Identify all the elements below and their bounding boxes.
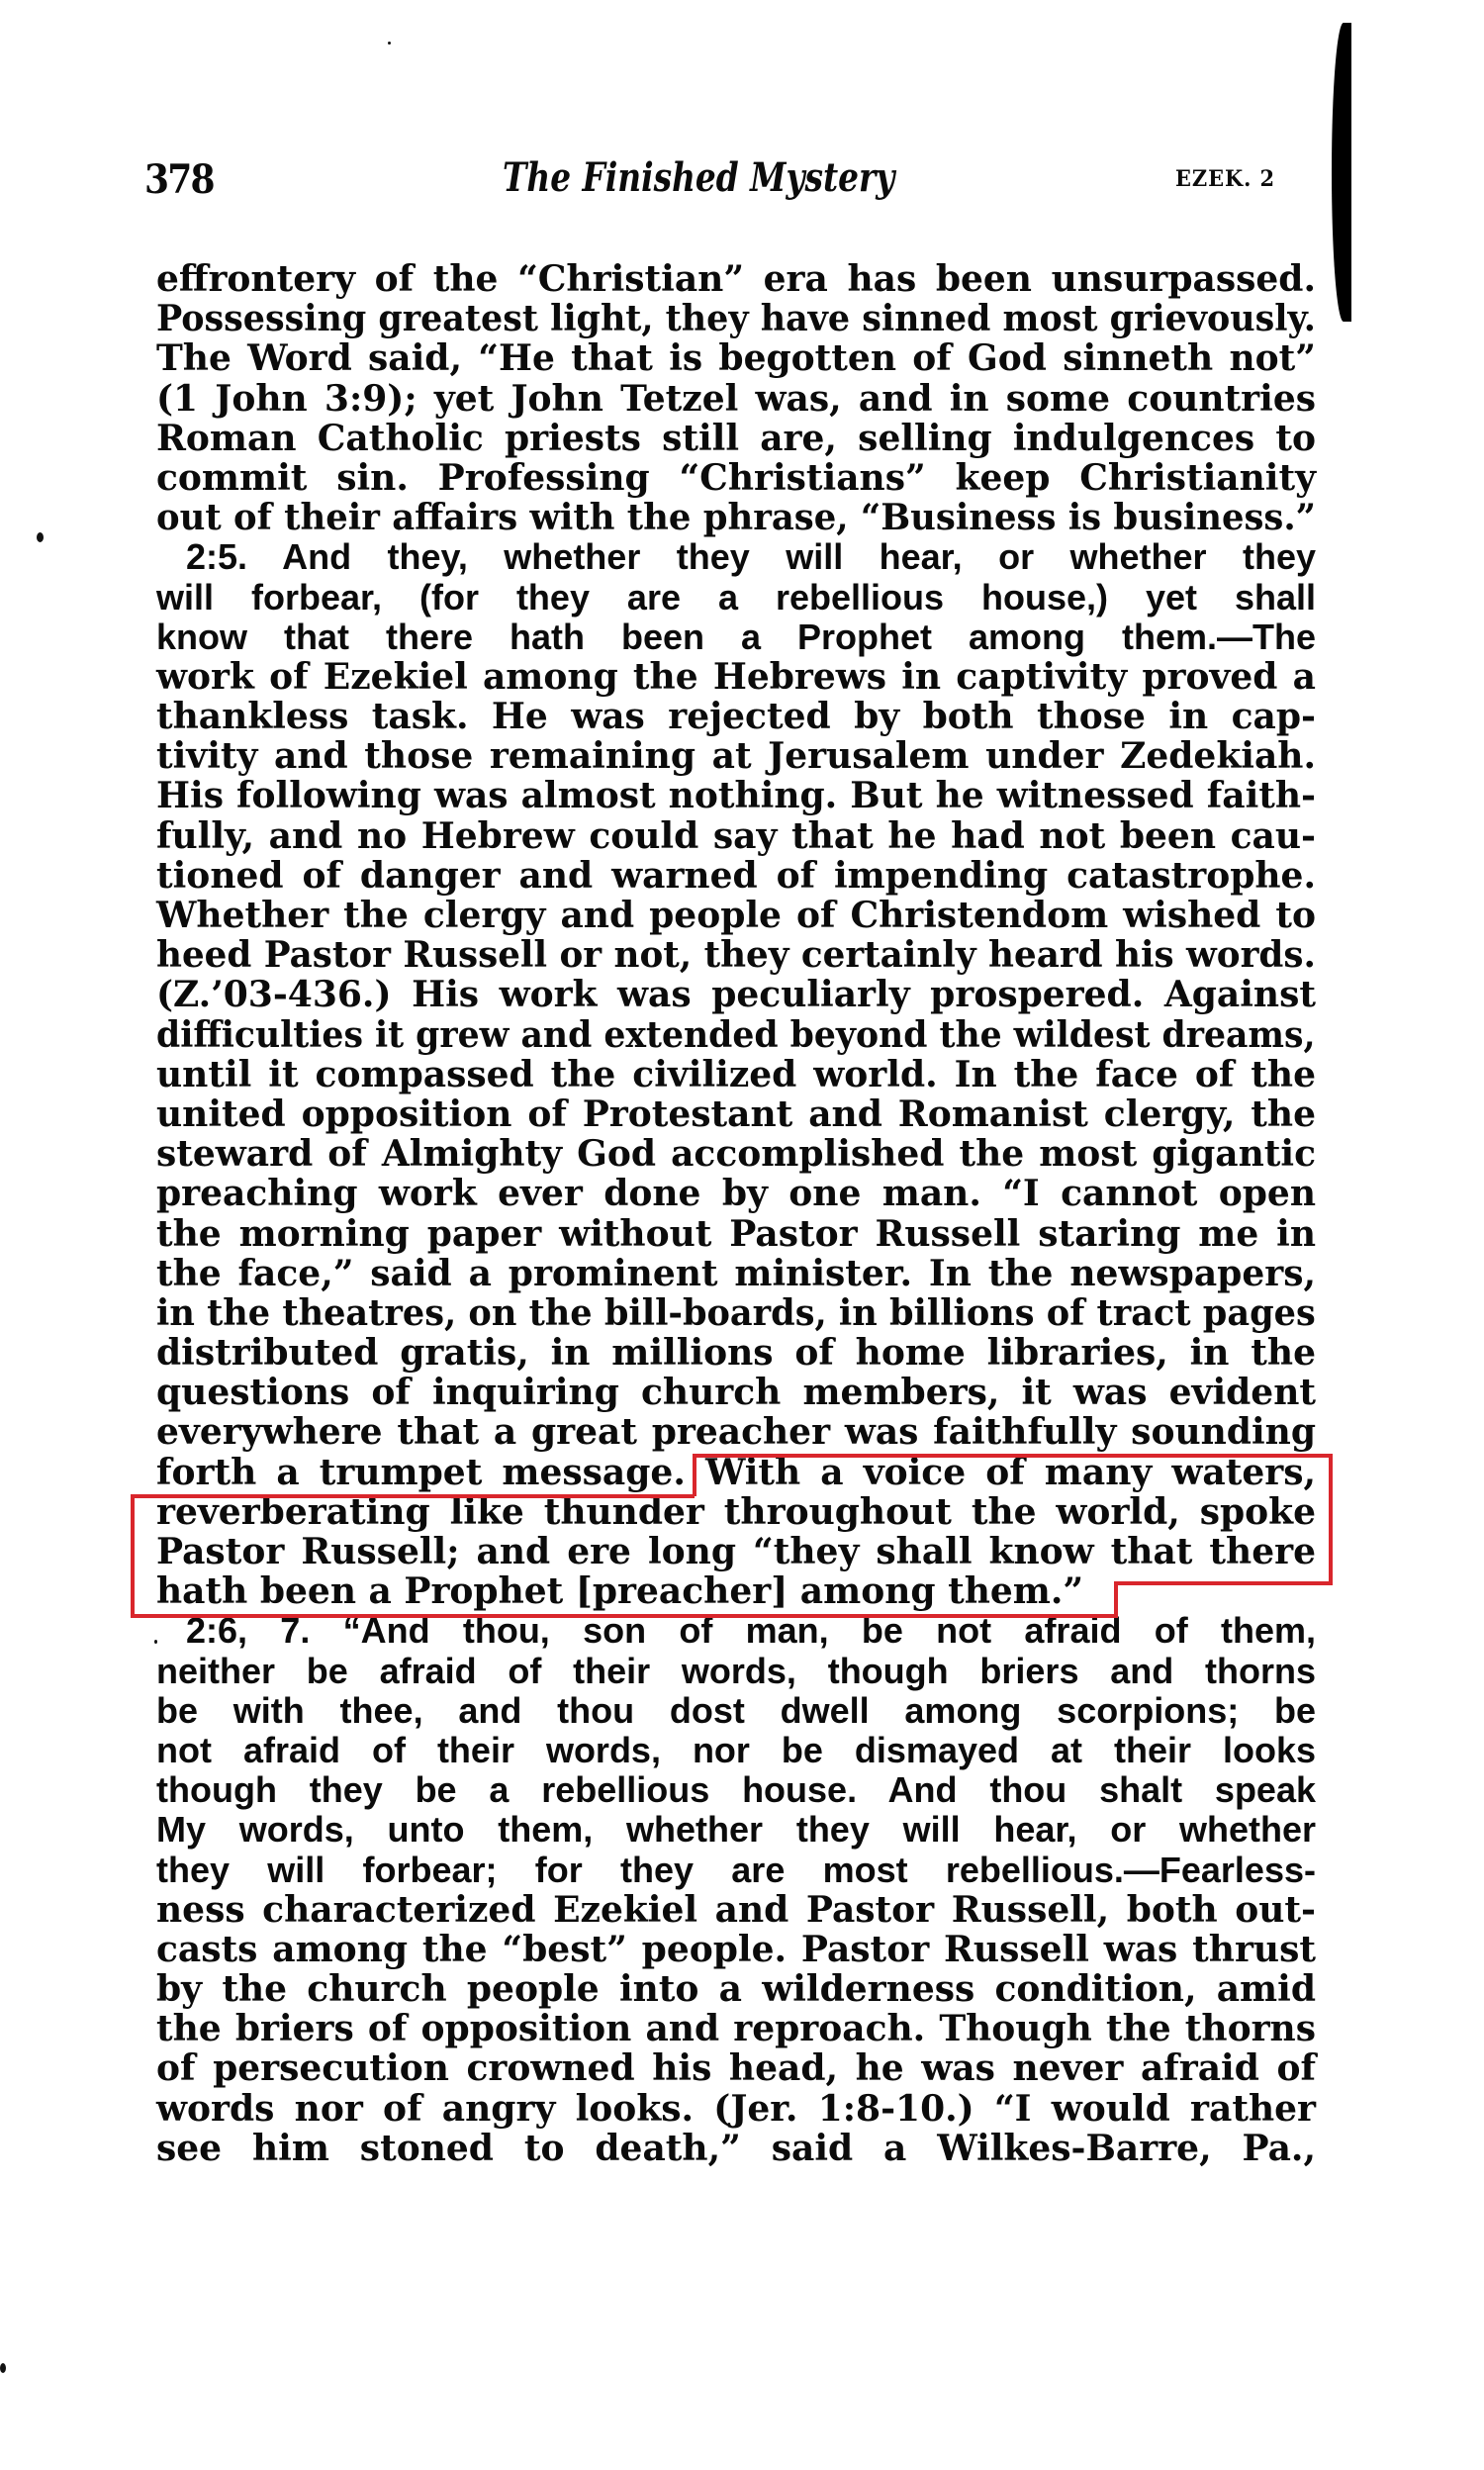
commentary-line: questions of inquiring church members, i…	[156, 1373, 1316, 1412]
line-text: tivity and those remaining at Jerusalem …	[156, 736, 1316, 776]
line-text: steward of Almighty God accomplished the…	[156, 1134, 1316, 1174]
line-text: His following was almost nothing. But he…	[156, 776, 1316, 815]
commentary-line: reverberating like thunder throughout th…	[156, 1492, 1316, 1532]
chapter-reference: EZEK. 2	[1175, 166, 1275, 192]
commentary-line: casts among the “best” people. Pastor Ru…	[156, 1930, 1316, 1969]
line-text: 2:5. And they, whether they will hear, o…	[156, 537, 1316, 577]
scripture-line: neither be afraid of their words, though…	[156, 1652, 1316, 1691]
line-text: work of Ezekiel among the Hebrews in cap…	[156, 657, 1316, 697]
line-text: tioned of danger and warned of impending…	[156, 856, 1316, 896]
commentary-line: out of their affairs with the phrase, “B…	[156, 498, 1316, 537]
line-text: commit sin. Professing “Christians” keep…	[156, 458, 1316, 498]
line-text: (Z.’03-436.) His work was peculiarly pro…	[156, 975, 1316, 1014]
line-text: Pastor Russell; and ere long “they shall…	[156, 1532, 1316, 1571]
line-text: hath been a Prophet [preacher] among the…	[156, 1571, 1083, 1611]
line-text: Whether the clergy and people of Christe…	[156, 896, 1316, 935]
commentary-line: Pastor Russell; and ere long “they shall…	[156, 1532, 1316, 1571]
line-text: fully, and no Hebrew could say that he h…	[156, 816, 1316, 856]
commentary-line: steward of Almighty God accomplished the…	[156, 1134, 1316, 1174]
commentary-line: united opposition of Protestant and Roma…	[156, 1094, 1316, 1134]
line-text: reverberating like thunder throughout th…	[156, 1492, 1316, 1532]
line-text: out of their affairs with the phrase, “B…	[156, 498, 1316, 537]
running-header: 378 The Finished Mystery EZEK. 2	[0, 156, 1484, 208]
commentary-line: the briers of opposition and reproach. T…	[156, 2009, 1316, 2048]
scripture-line: My words, unto them, whether they will h…	[156, 1810, 1316, 1850]
line-text: questions of inquiring church members, i…	[156, 1373, 1316, 1412]
scripture-line: 2:6, 7. “And thou, son of man, be not af…	[156, 1611, 1316, 1651]
commentary-line: (Z.’03-436.) His work was peculiarly pro…	[156, 975, 1316, 1014]
commentary-line: His following was almost nothing. But he…	[156, 776, 1316, 815]
line-text: by the church people into a wilderness c…	[156, 1969, 1316, 2009]
commentary-line: in the theatres, on the bill-boards, in …	[156, 1293, 1316, 1333]
commentary-line: Roman Catholic priests still are, sellin…	[156, 419, 1316, 458]
commentary-line: (1 John 3:9); yet John Tetzel was, and i…	[156, 379, 1316, 419]
commentary-line: everywhere that a great preacher was fai…	[156, 1412, 1316, 1452]
commentary-line: work of Ezekiel among the Hebrews in cap…	[156, 657, 1316, 697]
line-text: the morning paper without Pastor Russell…	[156, 1214, 1316, 1254]
commentary-line: heed Pastor Russell or not, they certain…	[156, 935, 1316, 975]
line-text: the briers of opposition and reproach. T…	[156, 2009, 1316, 2048]
line-text: ness characterized Ezekiel and Pastor Ru…	[156, 1890, 1316, 1930]
commentary-line: words nor of angry looks. (Jer. 1:8-10.)…	[156, 2089, 1316, 2129]
line-text: effrontery of the “Christian” era has be…	[156, 259, 1316, 299]
commentary-line: by the church people into a wilderness c…	[156, 1969, 1316, 2009]
commentary-line: difficulties it grew and extended beyond…	[156, 1015, 1316, 1055]
line-text: the face,” said a prominent minister. In…	[156, 1254, 1316, 1293]
commentary-line: preaching work ever done by one man. “I …	[156, 1174, 1316, 1213]
line-text: everywhere that a great preacher was fai…	[156, 1412, 1316, 1452]
line-text: of persecution crowned his head, he was …	[156, 2048, 1316, 2088]
commentary-line: The Word said, “He that is begotten of G…	[156, 338, 1316, 378]
commentary-line: effrontery of the “Christian” era has be…	[156, 259, 1316, 299]
line-text: be with thee, and thou dost dwell among …	[156, 1691, 1316, 1731]
commentary-line: forth a trumpet message. With a voice of…	[156, 1453, 1316, 1492]
scripture-line: though they be a rebellious house. And t…	[156, 1770, 1316, 1810]
line-text: preaching work ever done by one man. “I …	[156, 1174, 1316, 1213]
commentary-line: fully, and no Hebrew could say that he h…	[156, 816, 1316, 856]
scanned-book-page: 378 The Finished Mystery EZEK. 2 effront…	[0, 0, 1484, 2470]
line-text: will forbear, (for they are a rebellious…	[156, 578, 1316, 617]
commentary-line: distributed gratis, in millions of home …	[156, 1333, 1316, 1373]
line-text: though they be a rebellious house. And t…	[156, 1770, 1316, 1810]
scripture-line: 2:5. And they, whether they will hear, o…	[156, 537, 1316, 577]
commentary-line: Possessing greatest light, they have sin…	[156, 299, 1316, 338]
scan-speck	[388, 42, 391, 45]
line-text: words nor of angry looks. (Jer. 1:8-10.)…	[156, 2089, 1316, 2129]
line-text: Roman Catholic priests still are, sellin…	[156, 419, 1316, 458]
line-text: in the theatres, on the bill-boards, in …	[156, 1293, 1316, 1333]
line-text: The Word said, “He that is begotten of G…	[156, 338, 1316, 378]
commentary-line: tioned of danger and warned of impending…	[156, 856, 1316, 896]
line-text: they will forbear; for they are most reb…	[156, 1851, 1316, 1890]
line-text: My words, unto them, whether they will h…	[156, 1810, 1316, 1850]
line-text: know that there hath been a Prophet amon…	[156, 617, 1316, 657]
line-text: see him stoned to death,” said a Wilkes-…	[156, 2129, 1316, 2168]
body-text: effrontery of the “Christian” era has be…	[156, 259, 1316, 2168]
line-text: forth a trumpet message. With a voice of…	[156, 1453, 1316, 1492]
line-text: casts among the “best” people. Pastor Ru…	[156, 1930, 1316, 1969]
scripture-line: will forbear, (for they are a rebellious…	[156, 578, 1316, 617]
commentary-line: the face,” said a prominent minister. In…	[156, 1254, 1316, 1293]
commentary-line: thankless task. He was rejected by both …	[156, 697, 1316, 736]
scan-speck	[0, 2363, 6, 2373]
line-text: neither be afraid of their words, though…	[156, 1652, 1316, 1691]
line-text: heed Pastor Russell or not, they certain…	[156, 935, 1316, 975]
scripture-line: be with thee, and thou dost dwell among …	[156, 1691, 1316, 1731]
commentary-line: of persecution crowned his head, he was …	[156, 2048, 1316, 2088]
page-number: 378	[144, 156, 214, 203]
line-text: united opposition of Protestant and Roma…	[156, 1094, 1316, 1134]
line-text: not afraid of their words, nor be dismay…	[156, 1731, 1316, 1770]
scripture-line: not afraid of their words, nor be dismay…	[156, 1731, 1316, 1770]
line-text: thankless task. He was rejected by both …	[156, 697, 1316, 736]
commentary-line: until it compassed the civilized world. …	[156, 1055, 1316, 1094]
line-text: until it compassed the civilized world. …	[156, 1055, 1316, 1094]
scripture-line: they will forbear; for they are most reb…	[156, 1851, 1316, 1890]
line-text: 2:6, 7. “And thou, son of man, be not af…	[156, 1611, 1316, 1651]
line-text: (1 John 3:9); yet John Tetzel was, and i…	[156, 379, 1316, 419]
commentary-line: see him stoned to death,” said a Wilkes-…	[156, 2129, 1316, 2168]
running-title: The Finished Mystery	[503, 154, 894, 201]
commentary-line: tivity and those remaining at Jerusalem …	[156, 736, 1316, 776]
commentary-line: the morning paper without Pastor Russell…	[156, 1214, 1316, 1254]
commentary-line: ness characterized Ezekiel and Pastor Ru…	[156, 1890, 1316, 1930]
commentary-line: Whether the clergy and people of Christe…	[156, 896, 1316, 935]
commentary-line: hath been a Prophet [preacher] among the…	[156, 1571, 1316, 1611]
line-text: distributed gratis, in millions of home …	[156, 1333, 1316, 1373]
line-text: difficulties it grew and extended beyond…	[156, 1015, 1316, 1055]
line-text: Possessing greatest light, they have sin…	[156, 299, 1316, 338]
scan-speck	[37, 532, 44, 542]
scripture-line: know that there hath been a Prophet amon…	[156, 617, 1316, 657]
commentary-line: commit sin. Professing “Christians” keep…	[156, 458, 1316, 498]
